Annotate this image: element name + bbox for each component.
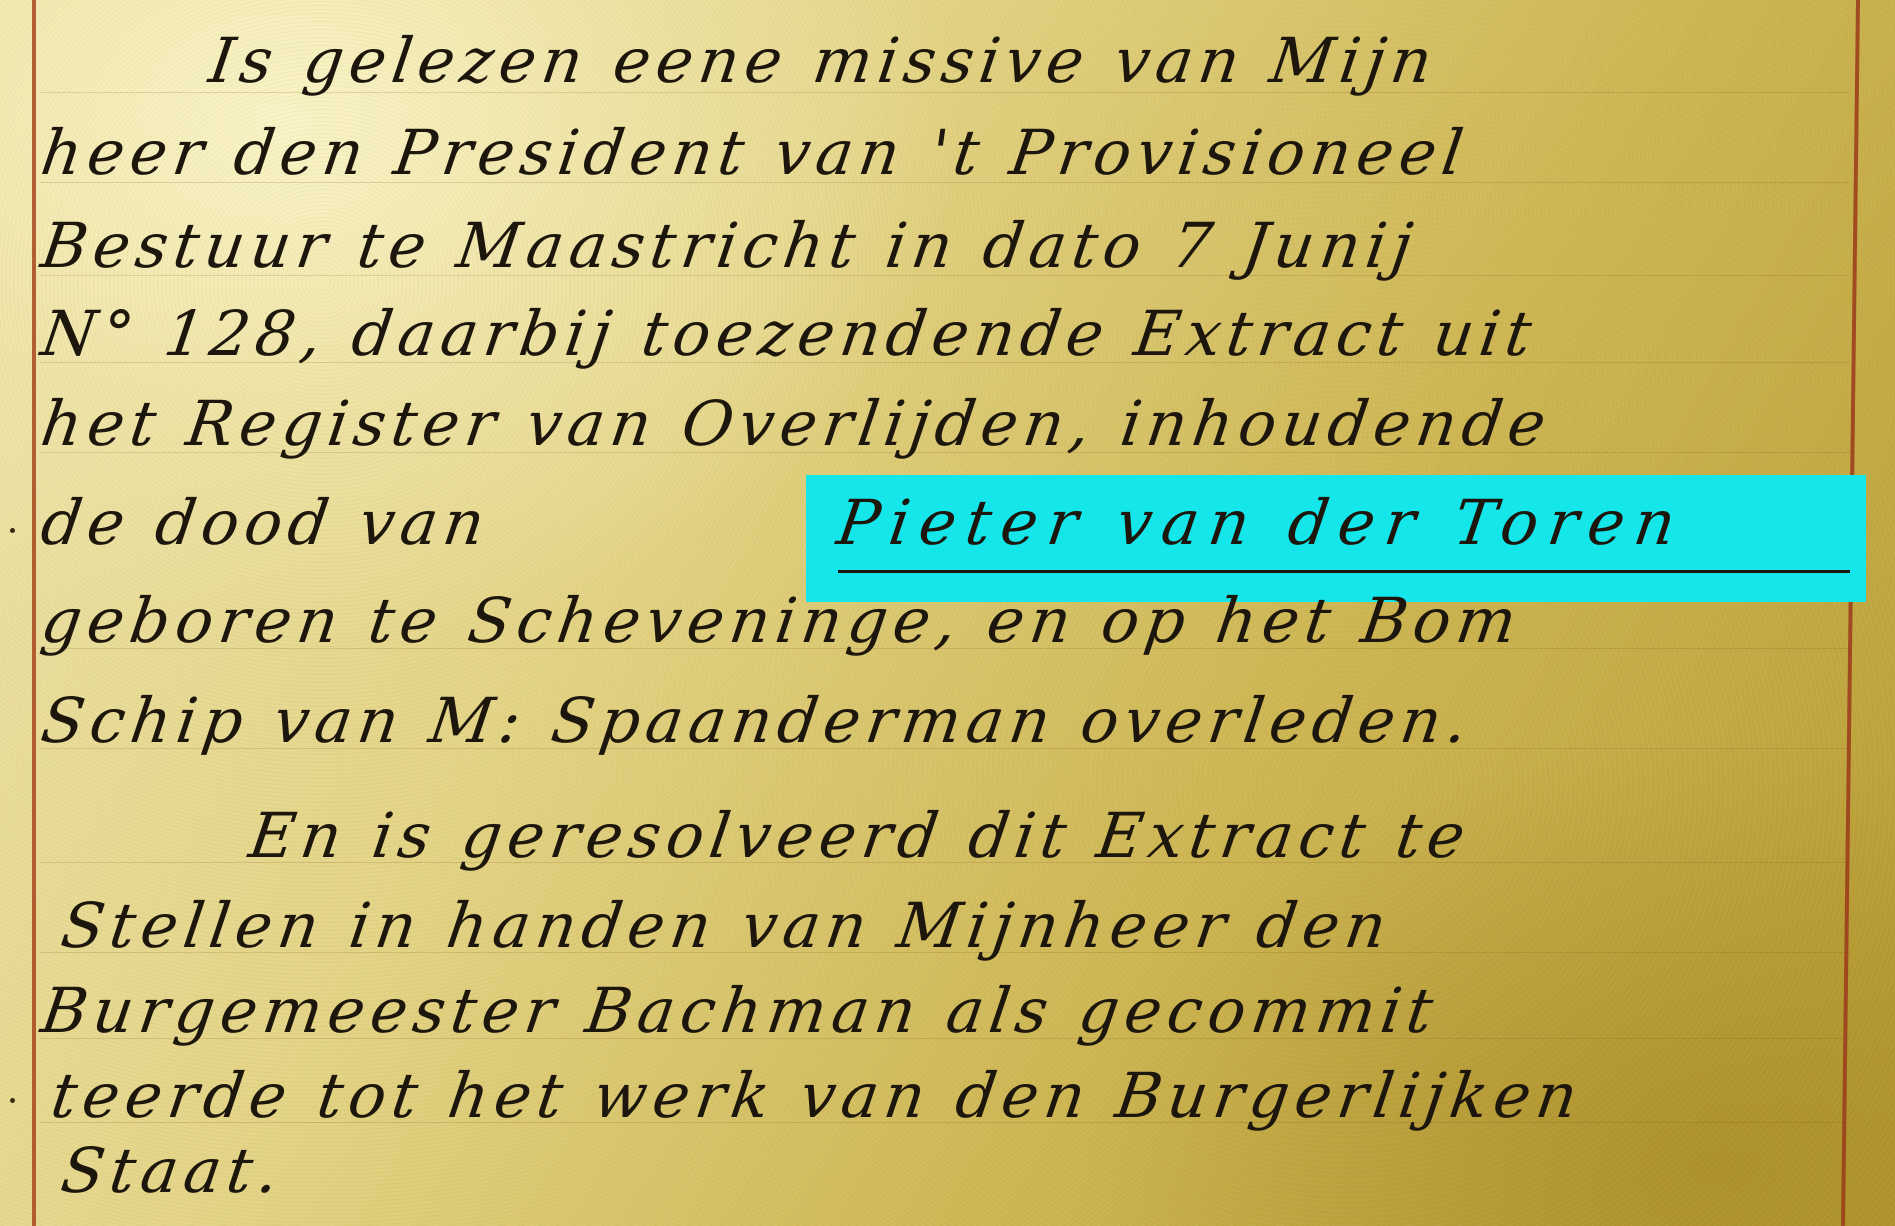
text-line-2: heer den President van 't Provisioneel — [38, 122, 1473, 184]
name-underline — [838, 570, 1850, 573]
text-line-5: het Register van Overlijden, inhoudende — [38, 393, 1556, 455]
text-line-12: teerde tot het werk van den Burgerlijken — [48, 1065, 1587, 1127]
text-line-7: geboren te Scheveninge, en op het Bom — [38, 590, 1526, 652]
text-line-9: En is geresolveerd dit Extract te — [246, 805, 1475, 867]
text-line-6-prefix: de dood van — [38, 492, 494, 554]
text-line-13: Staat. — [58, 1140, 289, 1202]
left-margin-rule — [32, 0, 36, 1226]
highlighted-name[interactable]: Pieter van der Toren — [834, 492, 1689, 554]
text-line-11: Burgemeester Bachman als gecommit — [38, 980, 1443, 1042]
document-page: Is gelezen eene missive van Mijn heer de… — [0, 0, 1895, 1226]
margin-mark — [10, 528, 15, 533]
text-line-8: Schip van M: Spaanderman overleden. — [38, 690, 1477, 752]
text-line-3: Bestuur te Maastricht in dato 7 Junij — [38, 215, 1422, 277]
text-line-1: Is gelezen eene missive van Mijn — [206, 30, 1442, 92]
right-margin-rule — [1841, 0, 1860, 1226]
text-line-10: Stellen in handen van Mijnheer den — [58, 895, 1396, 957]
text-line-4: N° 128, daarbij toezendende Extract uit — [38, 303, 1542, 365]
margin-mark — [10, 1098, 15, 1103]
